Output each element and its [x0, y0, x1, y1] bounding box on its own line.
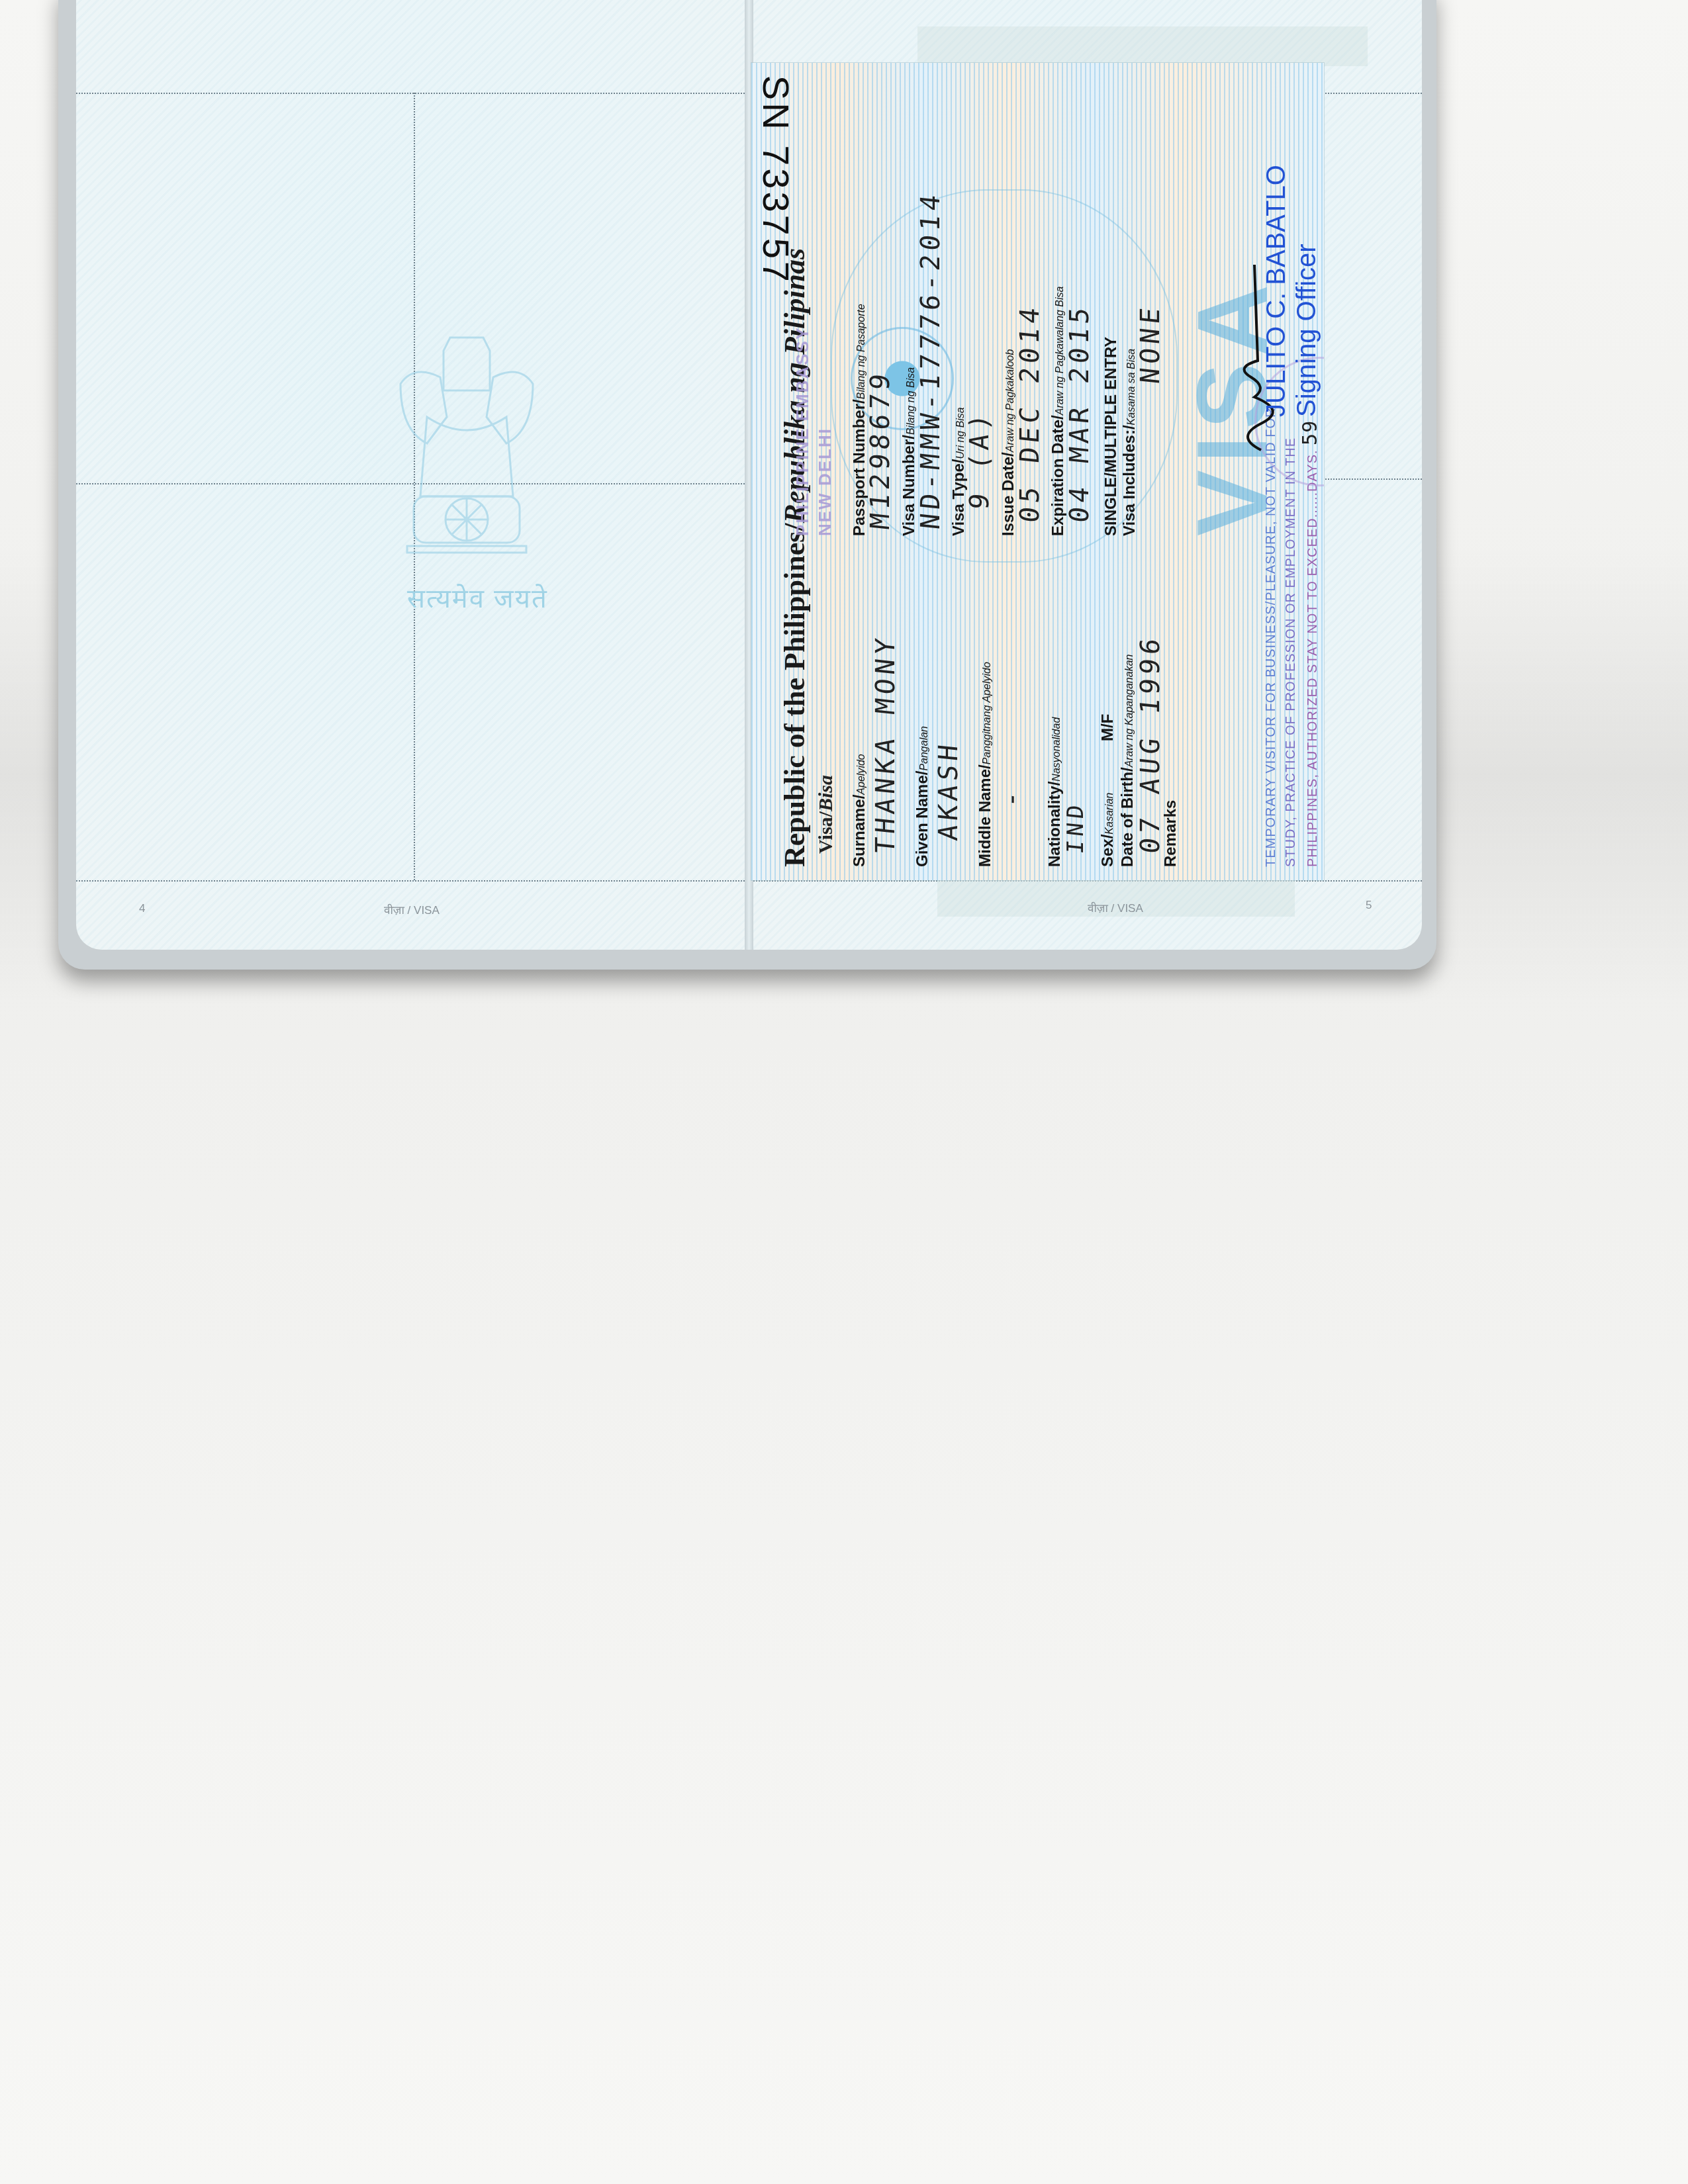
page-rule-bottom — [76, 880, 745, 882]
visa-content-rotated: VISA Republic of the Philippines/Republi… — [751, 63, 1324, 880]
visa-title-en: Republic of the Philippines/ — [778, 523, 811, 867]
field-value-visa-includes: NONE — [1135, 302, 1166, 385]
adhesive-tape-bottom — [937, 877, 1295, 917]
embassy-stamp: PHILIPPINE EMBASSY NEW DELHI — [791, 327, 836, 536]
field-label-date-of-birth: Date of Birth/Araw ng Kapanganakan — [1119, 655, 1137, 867]
field-value-nationality: IND — [1062, 799, 1089, 855]
page-rule-top — [76, 93, 745, 94]
signing-officer-block: JULITO C. BABATLO Signing Officer — [1261, 165, 1322, 417]
field-label-nationality: Nationality/Nasyonalidad — [1046, 717, 1064, 867]
embassy-stamp-line: PHILIPPINE EMBASSY — [791, 327, 814, 536]
visa-subtitle-en: Visa/ — [815, 811, 837, 854]
signing-officer-name: JULITO C. BABATLO — [1261, 165, 1291, 417]
page-footer-label: वीज़ा / VISA — [384, 902, 440, 917]
page-rule-bottom — [753, 880, 1422, 882]
page-number: 5 — [1366, 899, 1372, 912]
philippines-visa-sticker: VISA Republic of the Philippines/Republi… — [751, 63, 1324, 880]
signing-officer-title: Signing Officer — [1291, 165, 1322, 417]
field-value-expiration-date: 04 MAR 2015 — [1064, 302, 1095, 525]
field-value-passport-number: M1298679 — [865, 369, 896, 531]
visa-serial-number: SN 733757 — [755, 75, 798, 285]
page-rule-vertical — [414, 93, 415, 880]
embassy-stamp-line: NEW DELHI — [814, 327, 836, 536]
field-label-remarks: Remarks — [1162, 800, 1180, 867]
visa-subtitle: Visa/Bisa — [815, 775, 837, 854]
visa-subtitle-tl: Bisa — [815, 775, 837, 811]
adhesive-tape-top — [917, 26, 1368, 66]
passport-page-left: सत्यमेव जयते 4 वीज़ा / VISA — [76, 0, 745, 950]
disclaimer-line: TEMPORARY VISITOR FOR BUSINESS/PLEASURE,… — [1261, 407, 1281, 867]
page-footer-label: वीज़ा / VISA — [1088, 900, 1143, 915]
field-value-middle-name: - — [996, 786, 1027, 809]
field-value-visa-type: 9 (A) — [964, 408, 995, 511]
page-rule-middle — [76, 483, 745, 484]
field-value-visa-number: ND-MMW-17776-2014 — [915, 189, 946, 531]
field-label-middle-name: Middle Name/Panggitnang Apelyido — [976, 662, 995, 867]
field-label-given-name: Given Name/Pangalan — [914, 726, 932, 867]
ashoka-emblem-icon — [387, 324, 546, 576]
field-label-sex: Sex/Kasarian — [1099, 792, 1117, 867]
field-label-surname: Surname/Apelyido — [851, 754, 869, 867]
field-value-issue-date: 05 DEC 2014 — [1015, 302, 1045, 525]
field-label-entry-type: SINGLE/MULTIPLE ENTRY — [1102, 337, 1121, 536]
page-number: 4 — [139, 902, 145, 915]
field-value-sex: M/F — [1099, 714, 1117, 741]
field-value-surname: THANKA MONY — [870, 633, 901, 856]
field-value-given-name: AKASH — [933, 739, 964, 842]
emblem-motto: सत्यमेव जयते — [407, 579, 548, 615]
